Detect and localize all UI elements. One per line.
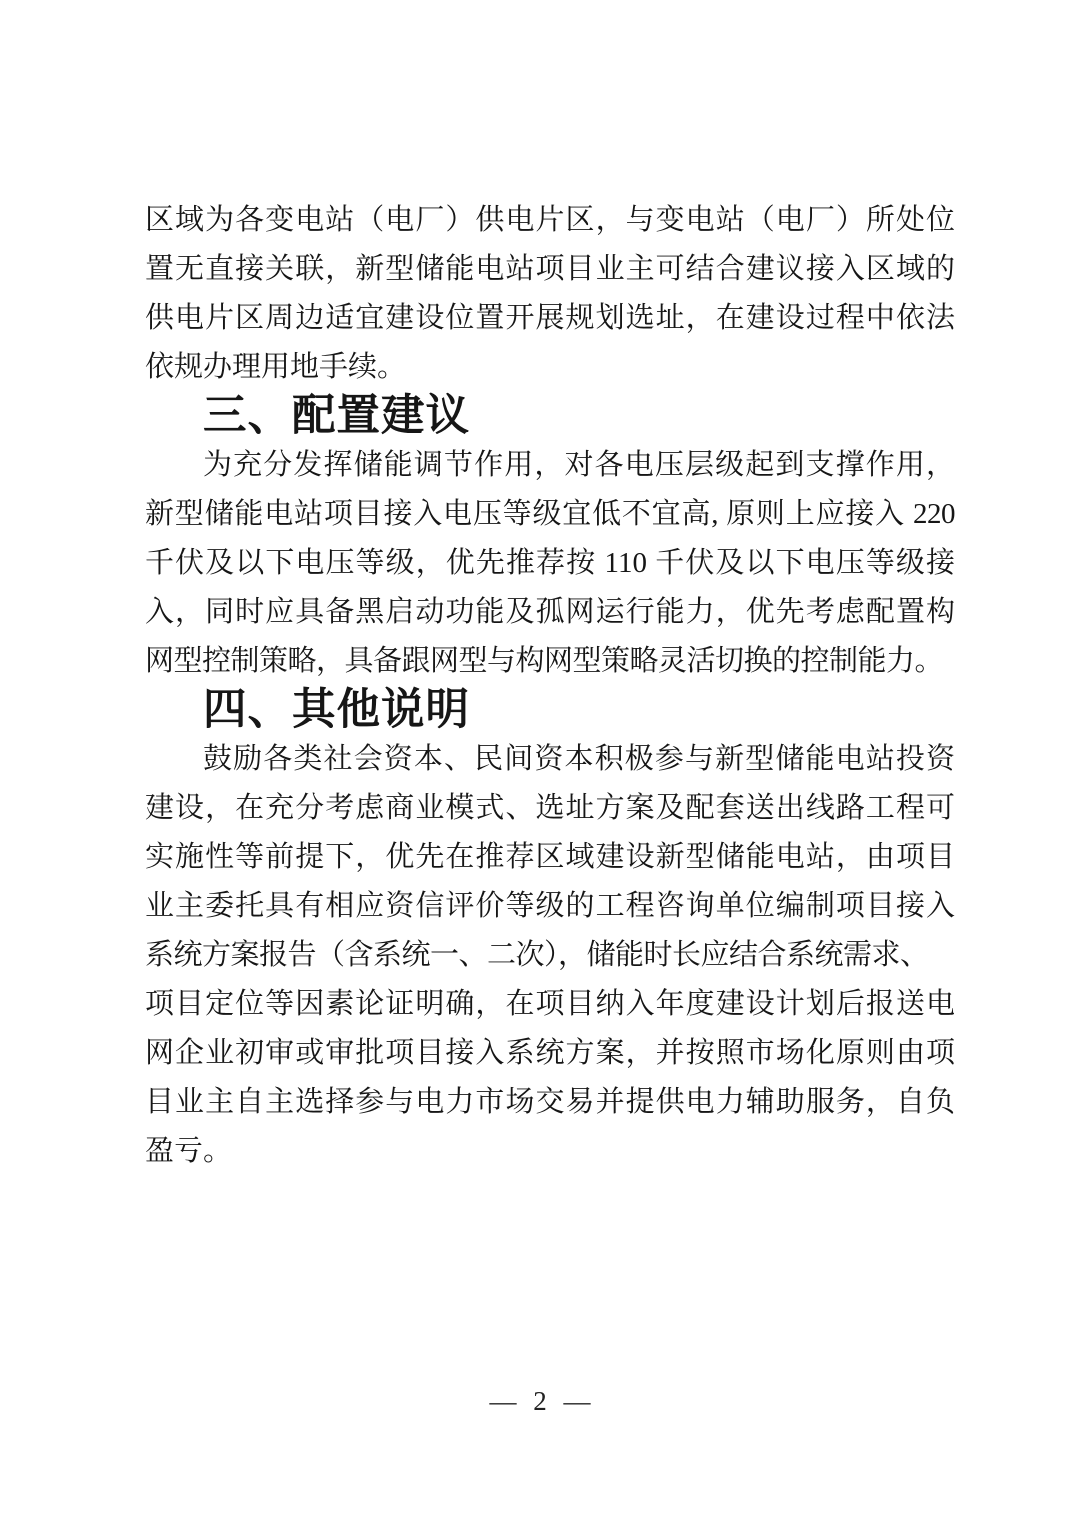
text-line: 新型储能电站项目接入电压等级宜低不宜高, 原则上应接入 220 — [145, 490, 955, 539]
text-line: 千伏及以下电压等级，优先推荐按 110 千伏及以下电压等级接 — [145, 539, 955, 588]
text-line: 系统方案报告（含系统一、二次），储能时长应结合系统需求、 — [145, 931, 955, 980]
page-footer: — 2 — — [0, 1383, 1080, 1419]
text-line: 鼓励各类社会资本、民间资本积极参与新型储能电站投资 — [145, 735, 955, 784]
text-line: 网企业初审或审批项目接入系统方案，并按照市场化原则由项 — [145, 1029, 955, 1078]
text-line: 盈亏。 — [145, 1127, 955, 1176]
text-line: 区域为各变电站（电厂）供电片区，与变电站（电厂）所处位 — [145, 196, 955, 245]
text-line: 置无直接关联，新型储能电站项目业主可结合建议接入区域的 — [145, 245, 955, 294]
text-line: 建设，在充分考虑商业模式、选址方案及配套送出线路工程可 — [145, 784, 955, 833]
text-line: 业主委托具有相应资信评价等级的工程咨询单位编制项目接入 — [145, 882, 955, 931]
text-line: 目业主自主选择参与电力市场交易并提供电力辅助服务，自负 — [145, 1078, 955, 1127]
section-heading-3: 三、配置建议 — [145, 392, 955, 441]
text-line: 项目定位等因素论证明确，在项目纳入年度建设计划后报送电 — [145, 980, 955, 1029]
text-line: 为充分发挥储能调节作用，对各电压层级起到支撑作用， — [145, 441, 955, 490]
page-number: — 2 — — [490, 1386, 591, 1416]
text-line: 入，同时应具备黑启动功能及孤网运行能力，优先考虑配置构 — [145, 588, 955, 637]
text-line: 依规办理用地手续。 — [145, 343, 955, 392]
text-line: 供电片区周边适宜建设位置开展规划选址，在建设过程中依法 — [145, 294, 955, 343]
text-line: 网型控制策略，具备跟网型与构网型策略灵活切换的控制能力。 — [145, 637, 955, 686]
section-heading-4: 四、其他说明 — [145, 686, 955, 735]
document-page: 区域为各变电站（电厂）供电片区，与变电站（电厂）所处位 置无直接关联，新型储能电… — [0, 0, 1080, 1528]
document-body: 区域为各变电站（电厂）供电片区，与变电站（电厂）所处位 置无直接关联，新型储能电… — [145, 196, 955, 1176]
text-line: 实施性等前提下，优先在推荐区域建设新型储能电站，由项目 — [145, 833, 955, 882]
